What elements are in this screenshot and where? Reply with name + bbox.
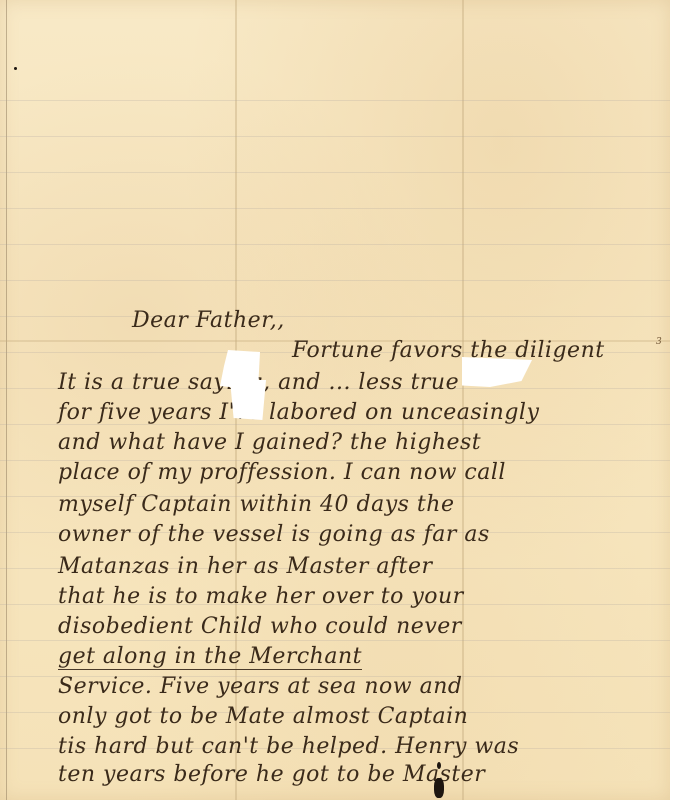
letter-line: for five years I've labored on unceasing… (58, 400, 539, 425)
ruled-line (0, 640, 670, 641)
letter-line: Matanzas in her as Master after (58, 554, 433, 579)
letter-line: tis hard but can't be helped. Henry was (58, 734, 519, 759)
opening-line: Fortune favors the diligent (292, 338, 605, 363)
letter-line: ten years before he got to be Master (58, 762, 485, 787)
ruled-line (0, 280, 670, 281)
ruled-line (0, 316, 670, 317)
paper-tear-hole (462, 357, 532, 387)
letter-paper: Dear Father,, Fortune favors the diligen… (0, 0, 670, 800)
ink-dot (14, 67, 17, 70)
letter-line: and what have I gained? the highest (58, 430, 481, 455)
letter-line: that he is to make her over to your (58, 584, 464, 609)
letter-line: disobedient Child who could never (58, 614, 462, 639)
ink-blot (437, 762, 441, 769)
letter-line: myself Captain within 40 days the (58, 492, 454, 517)
ruled-line (0, 244, 670, 245)
ruled-line (0, 100, 670, 101)
ruled-line (0, 136, 670, 137)
paper-tear-hole (230, 380, 266, 420)
salutation: Dear Father,, (132, 308, 285, 333)
ink-blot (434, 778, 444, 798)
paper-left-edge (6, 0, 7, 800)
letter-line: get along in the Merchant (58, 644, 362, 670)
ruled-line (0, 208, 670, 209)
letter-line: only got to be Mate almost Captain (58, 704, 468, 729)
letter-line: owner of the vessel is going as far as (58, 522, 490, 547)
corner-mark: 3 (656, 337, 662, 347)
letter-line: place of my proffession. I can now call (58, 460, 506, 485)
letter-line: Service. Five years at sea now and (58, 674, 462, 699)
ruled-line (0, 172, 670, 173)
